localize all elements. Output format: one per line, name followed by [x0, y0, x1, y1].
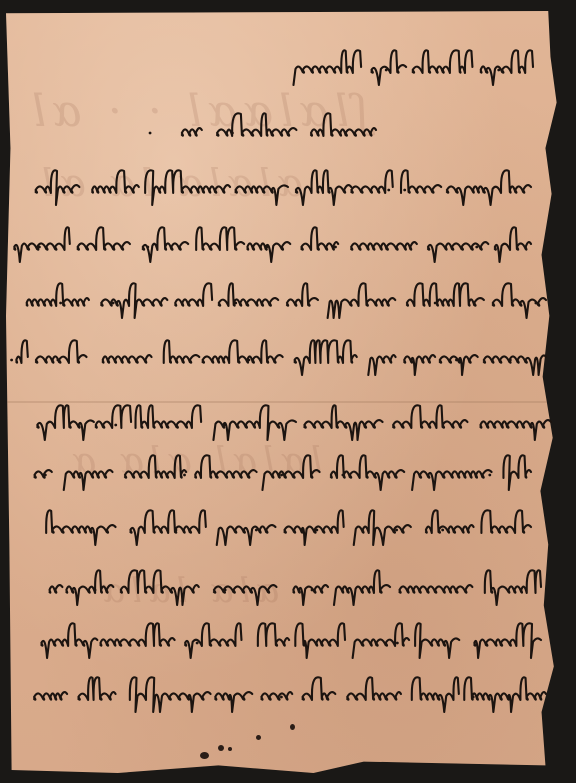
handwritten-line: [handwritten Solitreo line 5] [5, 278, 550, 318]
handwritten-line: [handwritten Solitreo line 11] [35, 618, 545, 658]
ink-spot [290, 724, 295, 730]
handwritten-line: [handwritten Solitreo line 12] [30, 672, 550, 712]
ink-spot [256, 735, 261, 740]
ink-spot [218, 745, 224, 751]
handwritten-line: [handwritten Solitreo line 2] [175, 108, 380, 148]
handwritten-line: [handwritten Solitreo line 8] [35, 450, 535, 490]
handwritten-line: [handwritten Solitreo line 4] [5, 222, 535, 262]
handwritten-line: [handwritten Solitreo line 9] [40, 505, 535, 545]
handwritten-line: [handwritten Solitreo line 3] [35, 165, 535, 205]
handwritten-line: [handwritten Solitreo line 7] [30, 400, 555, 440]
handwritten-line: [handwritten Solitreo line 10] [45, 565, 545, 605]
ink-spot [228, 747, 232, 751]
handwritten-line: [handwritten Solitreo line 6] [10, 335, 550, 375]
ink-spot [200, 752, 209, 759]
handwritten-line: [handwritten Solitreo line 1] [292, 45, 537, 85]
